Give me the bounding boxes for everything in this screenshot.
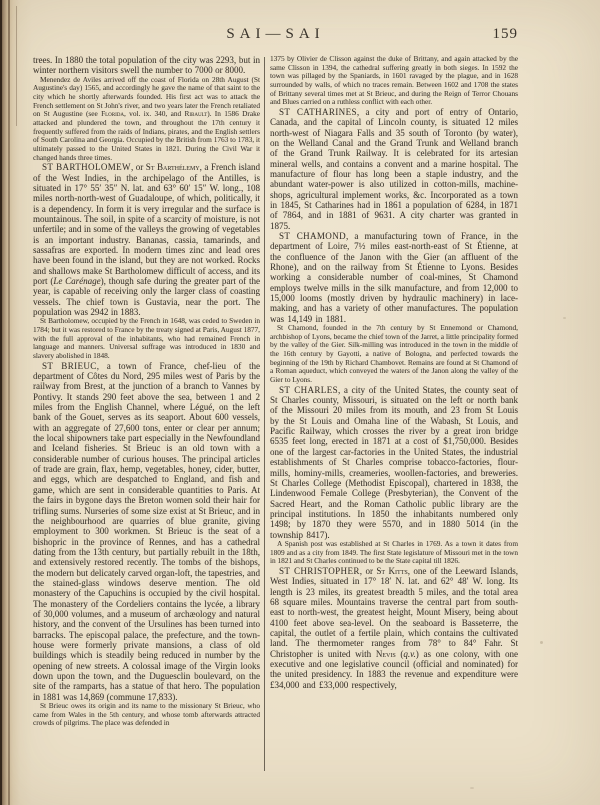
entry-st-brieuc: ST BRIEUC, a town of France, chef-lieu o… <box>33 361 260 702</box>
note-st-bartholomew-history: St Bartholomew, occupied by the French i… <box>33 317 260 360</box>
note-st-chamond-history: St Chamond, founded in the 7th century b… <box>270 324 518 385</box>
continuation-st-augustine: trees. In 1880 the total population of t… <box>33 55 260 76</box>
column-left: trees. In 1880 the total population of t… <box>33 55 260 775</box>
note-st-charles-history: A Spanish post was established at St Cha… <box>270 540 518 566</box>
column-divider-rule <box>264 57 265 771</box>
running-header: SAI—SAI 159 <box>33 26 518 46</box>
binding-crease-small <box>16 6 17 126</box>
entry-st-charles: ST CHARLES, a city of the United States,… <box>270 385 518 540</box>
entry-st-catharines: ST CATHARINES, a city and port of entry … <box>270 107 518 231</box>
entry-st-bartholomew: ST BARTHOLOMEW, or St Barthélemy, a Fren… <box>33 162 260 317</box>
binding-crease <box>8 0 10 805</box>
text-block: trees. In 1880 the total population of t… <box>33 55 518 775</box>
note-st-brieuc-history: St Brieuc owes its origin and its name t… <box>33 702 260 728</box>
book-spine-edge <box>0 0 2 805</box>
running-head-title: SAI—SAI <box>33 26 518 43</box>
page-background: SAI—SAI 159 trees. In 1880 the total pop… <box>0 0 600 805</box>
entry-st-christopher: ST CHRISTOPHER, or St Kitts, one of the … <box>270 566 518 690</box>
paper-speck <box>563 317 566 319</box>
note-st-augustine-history: Menendez de Aviles arrived off the coast… <box>33 76 260 163</box>
paper-speck <box>540 641 543 644</box>
entry-st-chamond: ST CHAMOND, a manufacturing town of Fran… <box>270 231 518 324</box>
note-st-brieuc-history-continued: 1375 by Olivier de Clisson against the d… <box>270 55 518 107</box>
column-right: 1375 by Olivier de Clisson against the d… <box>270 55 518 775</box>
page-number: 159 <box>493 26 519 43</box>
scanned-book-page: { "colors": { "paper": "#ebe0c8", "ink":… <box>0 0 600 805</box>
paper-speck <box>470 787 474 789</box>
